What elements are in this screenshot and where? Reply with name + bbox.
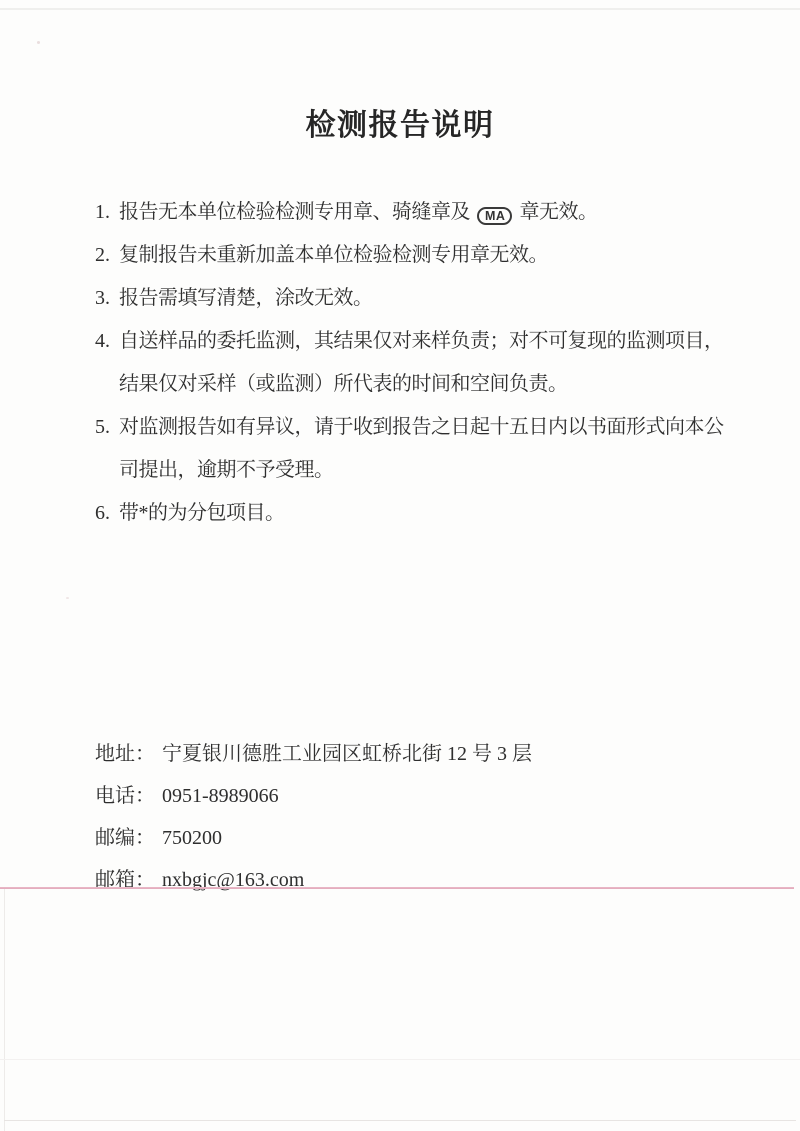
item-text-line: 司提出，逾期不予受理。 bbox=[119, 449, 730, 492]
phone-label: 电话： bbox=[95, 775, 155, 817]
contact-email: 邮箱： nxbgjc@163.com bbox=[95, 859, 532, 901]
item-number: 4. bbox=[95, 320, 119, 406]
page-title: 检测报告说明 bbox=[0, 0, 800, 144]
list-item-2: 2. 复制报告未重新加盖本单位检验检测专用章无效。 bbox=[95, 234, 730, 277]
item-text-line: 对监测报告如有异议，请于收到报告之日起十五日内以书面形式向本公 bbox=[119, 406, 730, 449]
contact-address: 地址： 宁夏银川德胜工业园区虹桥北街 12 号 3 层 bbox=[95, 733, 532, 775]
item-text: 自送样品的委托监测，其结果仅对来样负责；对不可复现的监测项目， 结果仅对采样（或… bbox=[119, 320, 730, 406]
report-instructions-page: 检测报告说明 1. 报告无本单位检验检测专用章、骑缝章及MA章无效。 2. 复制… bbox=[0, 0, 800, 1131]
list-item-5: 5. 对监测报告如有异议，请于收到报告之日起十五日内以书面形式向本公 司提出，逾… bbox=[95, 406, 730, 492]
list-item-4: 4. 自送样品的委托监测，其结果仅对来样负责；对不可复现的监测项目， 结果仅对采… bbox=[95, 320, 730, 406]
cma-mark-icon: MA bbox=[477, 207, 512, 225]
postcode-label: 邮编： bbox=[95, 817, 155, 859]
contact-phone: 电话： 0951-8989066 bbox=[95, 775, 532, 817]
item-text: 报告需填写清楚，涂改无效。 bbox=[119, 277, 730, 320]
item-number: 1. bbox=[95, 191, 119, 234]
notes-list: 1. 报告无本单位检验检测专用章、骑缝章及MA章无效。 2. 复制报告未重新加盖… bbox=[95, 191, 730, 535]
list-item-1: 1. 报告无本单位检验检测专用章、骑缝章及MA章无效。 bbox=[95, 191, 730, 234]
item-text-line: 结果仅对采样（或监测）所代表的时间和空间负责。 bbox=[119, 363, 730, 406]
item-text-line: 自送样品的委托监测，其结果仅对来样负责；对不可复现的监测项目， bbox=[119, 320, 730, 363]
phone-value: 0951-8989066 bbox=[162, 775, 279, 817]
scan-speck bbox=[66, 597, 69, 599]
list-item-6: 6. 带*的为分包项目。 bbox=[95, 492, 730, 535]
item-text-line: 复制报告未重新加盖本单位检验检测专用章无效。 bbox=[119, 234, 730, 277]
item-text: 报告无本单位检验检测专用章、骑缝章及MA章无效。 bbox=[119, 191, 730, 234]
postcode-value: 750200 bbox=[162, 817, 222, 859]
scan-faint-line bbox=[0, 1059, 800, 1060]
address-label: 地址： bbox=[95, 733, 155, 775]
scan-speck bbox=[37, 41, 40, 44]
list-item-3: 3. 报告需填写清楚，涂改无效。 bbox=[95, 277, 730, 320]
contact-block: 地址： 宁夏银川德胜工业园区虹桥北街 12 号 3 层 电话： 0951-898… bbox=[95, 733, 532, 901]
item-text-before-cma: 报告无本单位检验检测专用章、骑缝章及 bbox=[119, 201, 470, 223]
address-value: 宁夏银川德胜工业园区虹桥北街 12 号 3 层 bbox=[162, 733, 532, 775]
scan-edge-bottom bbox=[4, 1120, 796, 1121]
scan-edge-left bbox=[4, 889, 5, 1131]
item-number: 2. bbox=[95, 234, 119, 277]
item-number: 6. bbox=[95, 492, 119, 535]
item-text: 复制报告未重新加盖本单位检验检测专用章无效。 bbox=[119, 234, 730, 277]
item-text: 带*的为分包项目。 bbox=[119, 492, 730, 535]
item-text-line: 报告需填写清楚，涂改无效。 bbox=[119, 277, 730, 320]
item-text: 对监测报告如有异议，请于收到报告之日起十五日内以书面形式向本公 司提出，逾期不予… bbox=[119, 406, 730, 492]
item-text-after-cma: 章无效。 bbox=[519, 201, 597, 223]
pink-divider-line bbox=[0, 887, 794, 889]
item-text-line: 带*的为分包项目。 bbox=[119, 492, 730, 535]
email-label: 邮箱： bbox=[95, 859, 155, 901]
email-value: nxbgjc@163.com bbox=[162, 859, 304, 901]
item-number: 3. bbox=[95, 277, 119, 320]
item-number: 5. bbox=[95, 406, 119, 492]
contact-postcode: 邮编： 750200 bbox=[95, 817, 532, 859]
scan-edge-top bbox=[0, 8, 800, 10]
